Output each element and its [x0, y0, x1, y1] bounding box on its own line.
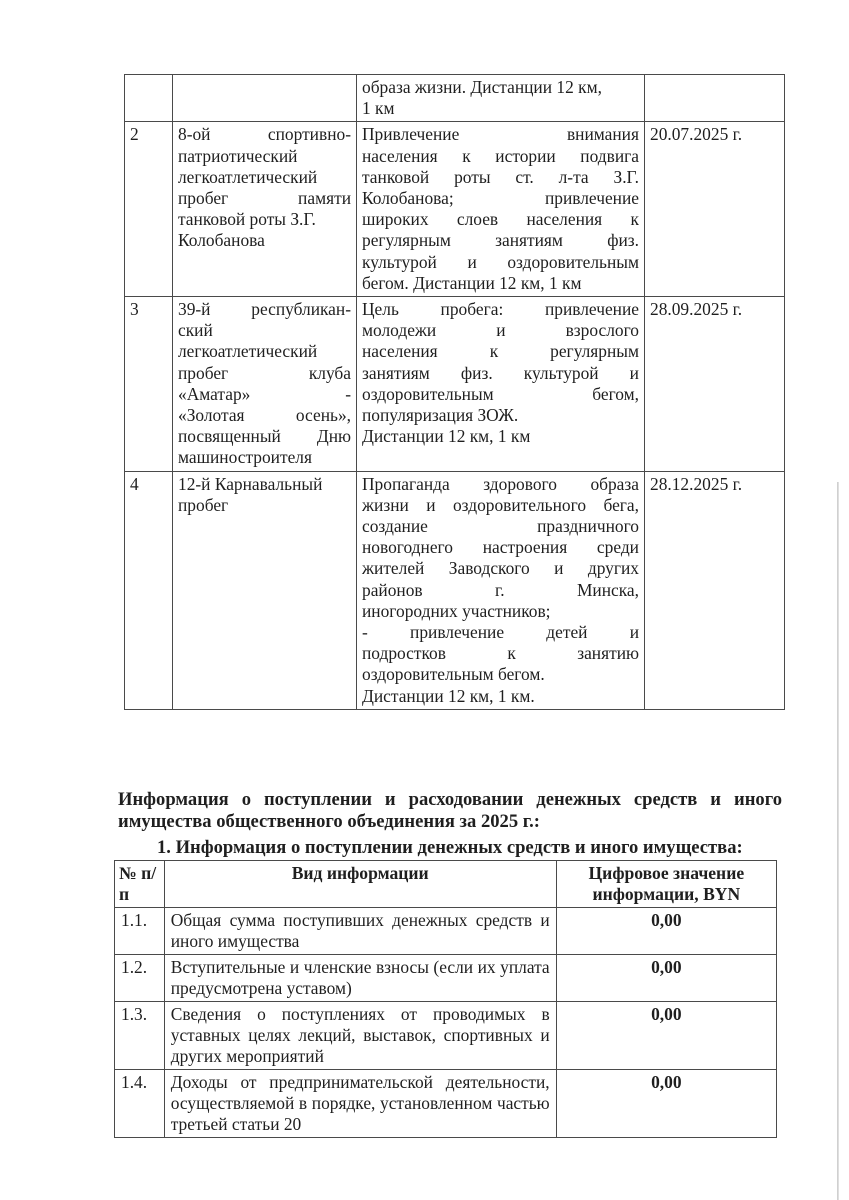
- text-line: пробег памяти: [178, 188, 351, 209]
- finance-table: № п/п Вид информации Цифровое значение и…: [114, 860, 777, 1138]
- text-line: Дистанции 12 км, 1 км: [362, 426, 639, 447]
- event-row: образа жизни. Дистанции 12 км,1 км: [125, 75, 785, 122]
- info-kind: Вступительные и членские взносы (если их…: [164, 955, 556, 1002]
- text-line: 8-ой спортивно-: [178, 124, 351, 145]
- event-name: [173, 75, 357, 122]
- text-line: Цель пробега: привлечение: [362, 299, 639, 320]
- event-date: [645, 75, 785, 122]
- text-line: подростков к занятию: [362, 643, 639, 664]
- event-description: Пропаганда здорового образажизни и оздор…: [357, 471, 645, 709]
- text-line: патриотический: [178, 146, 351, 167]
- event-number: 3: [125, 297, 173, 472]
- events-table: образа жизни. Дистанции 12 км,1 км28-ой …: [124, 74, 785, 710]
- text-line: пробег клуба: [178, 363, 351, 384]
- section-subtitle: 1. Информация о поступлении денежных сре…: [157, 837, 782, 859]
- finance-row: 1.1.Общая сумма поступивших денежных сре…: [115, 908, 777, 955]
- info-kind: Доходы от предпринимательской деятельнос…: [164, 1070, 556, 1138]
- text-line: «Аматар» -: [178, 384, 351, 405]
- text-line: оздоровительным бегом,: [362, 384, 639, 405]
- text-line: бегом. Дистанции 12 км, 1 км: [362, 273, 639, 294]
- finance-row: 1.3.Сведения о поступлениях от проводимы…: [115, 1002, 777, 1070]
- finance-table-body: 1.1.Общая сумма поступивших денежных сре…: [115, 908, 777, 1138]
- text-line: жителей Заводского и других: [362, 558, 639, 579]
- event-name: 8-ой спортивно-патриотическийлегкоатлети…: [173, 122, 357, 297]
- info-value: 0,00: [556, 955, 776, 1002]
- text-line: регулярным занятиям физ.: [362, 230, 639, 251]
- text-line: новогоднего настроения среди: [362, 537, 639, 558]
- info-value: 0,00: [556, 1002, 776, 1070]
- text-line: Колобанова: [178, 230, 351, 251]
- finance-table-header-row: № п/п Вид информации Цифровое значение и…: [115, 861, 777, 908]
- event-row: 28-ой спортивно-патриотическийлегкоатлет…: [125, 122, 785, 297]
- info-value: 0,00: [556, 908, 776, 955]
- text-line: Пропаганда здорового образа: [362, 474, 639, 495]
- text-line: создание праздничного: [362, 516, 639, 537]
- header-info-kind: Вид информации: [164, 861, 556, 908]
- text-line: Колобанова; привлечение: [362, 188, 639, 209]
- info-value: 0,00: [556, 1070, 776, 1138]
- header-value: Цифровое значение информации, BYN: [556, 861, 776, 908]
- text-line: иногородних участников;: [362, 601, 639, 622]
- event-description: Привлечение вниманиянаселения к истории …: [357, 122, 645, 297]
- event-description: образа жизни. Дистанции 12 км,1 км: [357, 75, 645, 122]
- event-row: 339-й республикан-скийлегкоатлетическийп…: [125, 297, 785, 472]
- text-line: легкоатлетический: [178, 341, 351, 362]
- finance-row: 1.2.Вступительные и членские взносы (есл…: [115, 955, 777, 1002]
- text-line: 39-й республикан-: [178, 299, 351, 320]
- text-line: пробег: [178, 495, 351, 516]
- text-line: Дистанции 12 км, 1 км.: [362, 686, 639, 707]
- section-title: Информация о поступлении и расходовании …: [118, 789, 782, 833]
- text-line: широких слоев населения к: [362, 209, 639, 230]
- text-line: образа жизни. Дистанции 12 км,: [362, 77, 639, 98]
- text-line: культурой и оздоровительным: [362, 252, 639, 273]
- text-line: занятиям физ. культурой и: [362, 363, 639, 384]
- event-number: [125, 75, 173, 122]
- text-line: легкоатлетический: [178, 167, 351, 188]
- finance-row: 1.4.Доходы от предпринимательской деятел…: [115, 1070, 777, 1138]
- event-row: 412-й КарнавальныйпробегПропаганда здоро…: [125, 471, 785, 709]
- row-number: 1.1.: [115, 908, 165, 955]
- text-line: - привлечение детей и: [362, 622, 639, 643]
- text-line: ский: [178, 320, 351, 341]
- text-line: молодежи и взрослого: [362, 320, 639, 341]
- text-line: оздоровительным бегом.: [362, 664, 639, 685]
- text-line: населения к истории подвига: [362, 146, 639, 167]
- event-name: 39-й республикан-скийлегкоатлетическийпр…: [173, 297, 357, 472]
- event-number: 4: [125, 471, 173, 709]
- text-line: районов г. Минска,: [362, 580, 639, 601]
- event-description: Цель пробега: привлечениемолодежи и взро…: [357, 297, 645, 472]
- text-line: популяризация ЗОЖ.: [362, 405, 639, 426]
- text-line: танковой роты ст. л-та З.Г.: [362, 167, 639, 188]
- text-line: жизни и оздоровительного бега,: [362, 495, 639, 516]
- text-line: посвященный Дню: [178, 426, 351, 447]
- row-number: 1.2.: [115, 955, 165, 1002]
- event-date: 28.12.2025 г.: [645, 471, 785, 709]
- event-date: 28.09.2025 г.: [645, 297, 785, 472]
- event-name: 12-й Карнавальныйпробег: [173, 471, 357, 709]
- info-kind: Общая сумма поступивших денежных средств…: [164, 908, 556, 955]
- event-number: 2: [125, 122, 173, 297]
- row-number: 1.3.: [115, 1002, 165, 1070]
- events-table-body: образа жизни. Дистанции 12 км,1 км28-ой …: [125, 75, 785, 710]
- event-date: 20.07.2025 г.: [645, 122, 785, 297]
- text-line: 1 км: [362, 98, 639, 119]
- header-number: № п/п: [115, 861, 165, 908]
- text-line: населения к регулярным: [362, 341, 639, 362]
- text-line: Привлечение внимания: [362, 124, 639, 145]
- text-line: машиностроителя: [178, 447, 351, 468]
- text-line: танковой роты З.Г.: [178, 209, 351, 230]
- info-kind: Сведения о поступлениях от проводимых в …: [164, 1002, 556, 1070]
- text-line: «Золотая осень»,: [178, 405, 351, 426]
- text-line: 12-й Карнавальный: [178, 474, 351, 495]
- scan-edge-shadow: [837, 482, 839, 1200]
- row-number: 1.4.: [115, 1070, 165, 1138]
